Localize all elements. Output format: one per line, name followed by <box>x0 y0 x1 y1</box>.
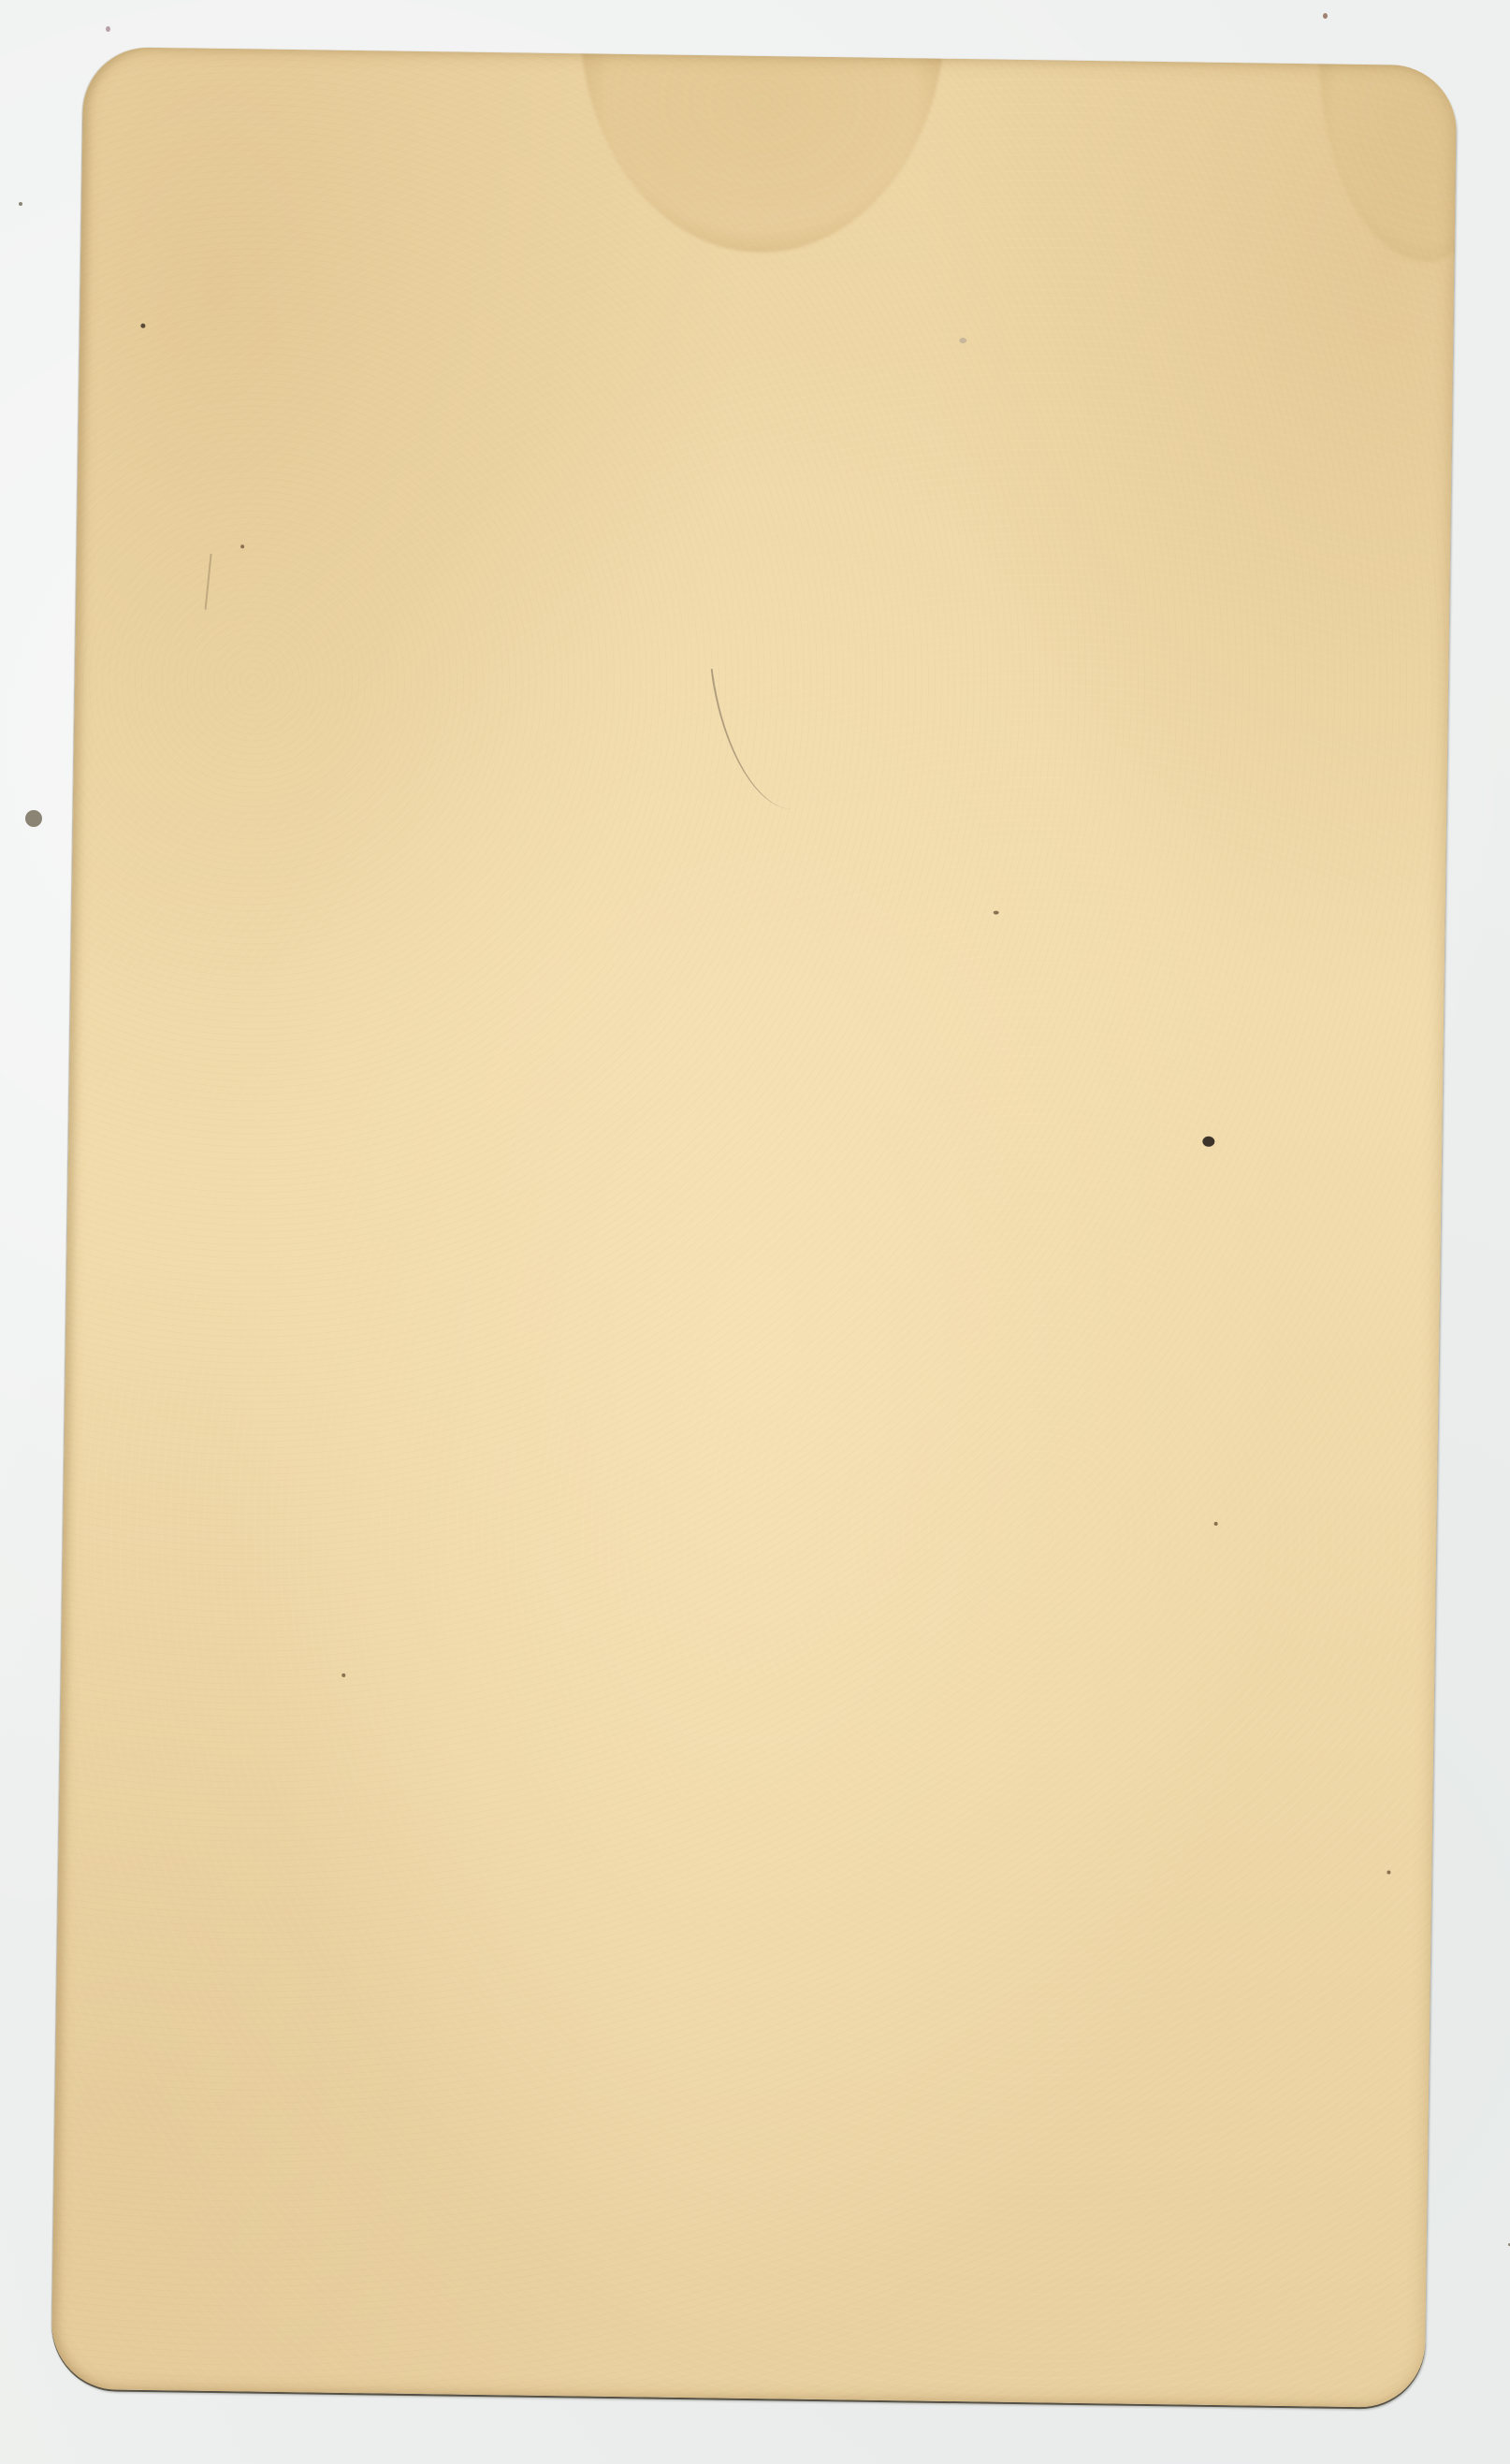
background-speck <box>25 810 42 827</box>
speck <box>240 544 244 548</box>
faint-stain <box>1315 47 1457 263</box>
speck <box>1214 1522 1218 1526</box>
speck <box>959 338 966 343</box>
background-speck <box>19 202 22 206</box>
scratch-mark <box>711 660 796 818</box>
blank-card <box>51 47 1458 2408</box>
water-stain <box>577 47 945 255</box>
scratch-mark <box>205 554 212 610</box>
edge-wear <box>51 47 1458 2408</box>
speck <box>341 1674 345 1677</box>
dark-speck <box>1202 1137 1214 1147</box>
speck <box>140 324 145 328</box>
background-speck <box>1323 13 1328 19</box>
speck <box>1387 1871 1390 1875</box>
paper-texture <box>51 47 1458 2408</box>
speck <box>994 911 999 915</box>
background-speck <box>106 26 110 32</box>
